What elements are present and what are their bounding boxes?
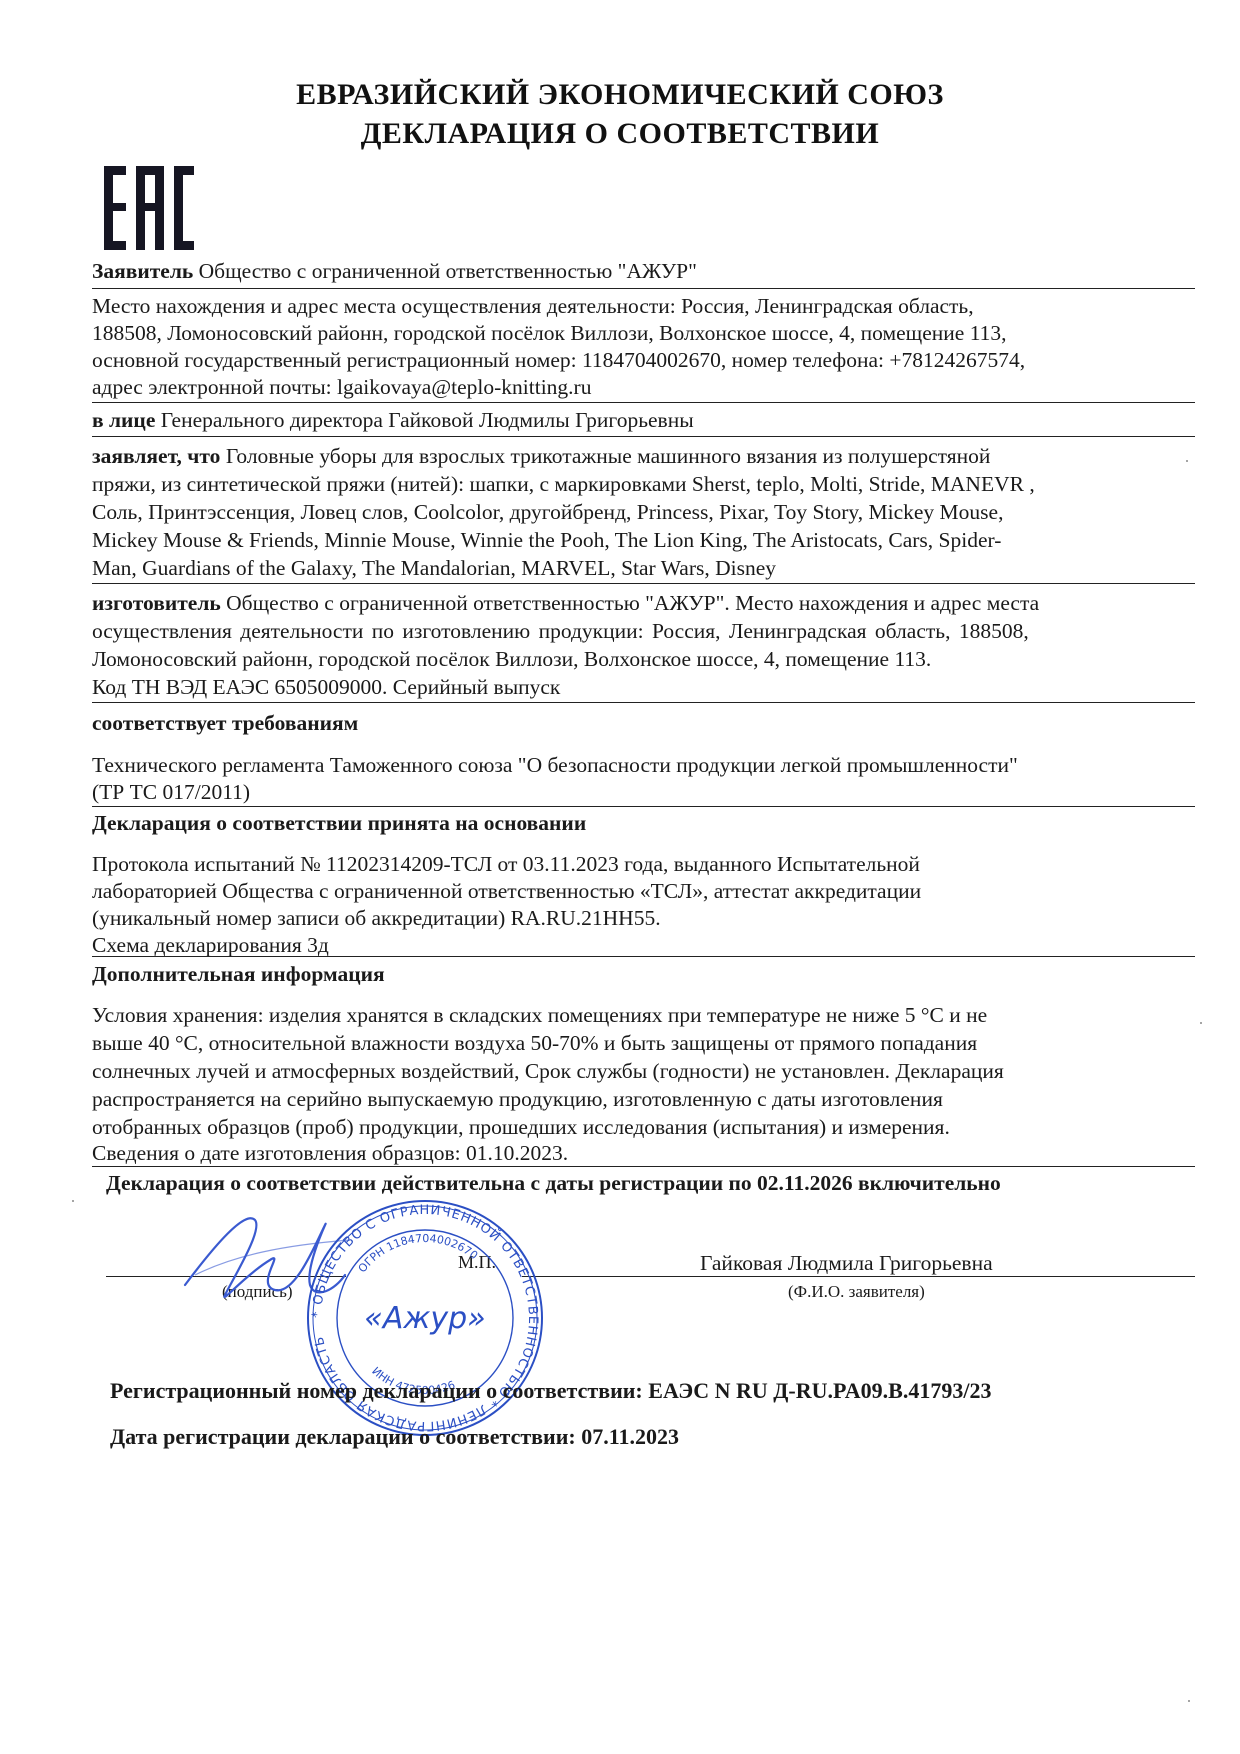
basis-line-2: лабораторией Общества с ограниченной отв… xyxy=(92,878,921,904)
manufacturer-line-2: осуществления деятельности по изготовлен… xyxy=(92,618,1029,644)
divider xyxy=(92,288,1195,289)
manufacturer-row: изготовитель Общество с ограниченной отв… xyxy=(92,590,1039,616)
stamp-center-name: «Ажур» xyxy=(364,1301,485,1336)
additional-line-5: отобранных образцов (проб) продукции, пр… xyxy=(92,1114,950,1140)
additional-heading: Дополнительная информация xyxy=(92,961,385,987)
applicant-label: Заявитель xyxy=(92,259,193,283)
representative-label: в лице xyxy=(92,408,155,432)
manufacturer-line-3: Ломоносовский районн, городской посёлок … xyxy=(92,646,931,672)
registration-date-label: Дата регистрации декларации о соответств… xyxy=(110,1424,576,1449)
sample-date: Сведения о дате изготовления образцов: 0… xyxy=(92,1140,568,1166)
additional-line-4: распространяется на серийно выпускаемую … xyxy=(92,1086,943,1112)
basis-heading: Декларация о соответствии принята на осн… xyxy=(92,810,586,836)
basis-line-1: Протокола испытаний № 11202314209-ТСЛ от… xyxy=(92,851,920,877)
address-line-4: адрес электронной почты: lgaikovaya@tepl… xyxy=(92,374,591,400)
registration-date-row: Дата регистрации декларации о соответств… xyxy=(110,1424,679,1450)
additional-line-3: солнечных лучей и атмосферных воздействи… xyxy=(92,1058,1004,1084)
requirements-line-2: (ТР ТС 017/2011) xyxy=(92,779,250,805)
declaration-scheme: Схема декларирования 3д xyxy=(92,932,329,958)
registration-number-value: ЕАЭС N RU Д-RU.PA09.B.41793/23 xyxy=(648,1378,991,1403)
tnved-code: Код ТН ВЭД ЕАЭС 6505009000. Серийный вып… xyxy=(92,674,560,700)
manufacturer-first-line: Общество с ограниченной ответственностью… xyxy=(226,591,1039,615)
additional-line-1: Условия хранения: изделия хранятся в скл… xyxy=(92,1002,987,1028)
divider xyxy=(92,806,1195,807)
divider xyxy=(92,1166,1195,1167)
divider xyxy=(92,402,1195,403)
additional-line-2: выше 40 °С, относительной влажности возд… xyxy=(92,1030,977,1056)
manufacturer-label: изготовитель xyxy=(92,591,221,615)
divider xyxy=(92,702,1195,703)
divider xyxy=(92,956,1195,957)
declares-label: заявляет, что xyxy=(92,444,220,468)
validity-statement: Декларация о соответствии действительна … xyxy=(106,1170,1001,1196)
declares-line-2: пряжи, из синтетической пряжи (нитей): ш… xyxy=(92,471,1035,497)
divider xyxy=(92,436,1195,437)
requirements-line-1: Технического регламента Таможенного союз… xyxy=(92,752,1018,778)
document-title-line1: ЕВРАЗИЙСКИЙ ЭКОНОМИЧЕСКИЙ СОЮЗ xyxy=(0,78,1240,112)
name-line xyxy=(522,1276,1195,1277)
document-title-line2: ДЕКЛАРАЦИЯ О СООТВЕТСТВИИ xyxy=(0,117,1240,151)
eac-logo-icon xyxy=(104,166,194,250)
representative-value: Генерального директора Гайковой Людмилы … xyxy=(161,408,694,432)
registration-number-row: Регистрационный номер декларации о соотв… xyxy=(110,1378,991,1404)
applicant-name: Гайковая Людмила Григорьевна xyxy=(700,1250,993,1276)
declares-row: заявляет, что Головные уборы для взрослы… xyxy=(92,443,990,469)
divider xyxy=(92,583,1195,584)
address-line-1: Место нахождения и адрес места осуществл… xyxy=(92,293,974,319)
scan-speck xyxy=(1188,1700,1190,1702)
representative-row: в лице Генерального директора Гайковой Л… xyxy=(92,407,694,433)
basis-line-3: (уникальный номер записи об аккредитации… xyxy=(92,905,661,931)
applicant-row: Заявитель Общество с ограниченной ответс… xyxy=(92,258,697,284)
applicant-value: Общество с ограниченной ответственностью… xyxy=(199,259,697,283)
scan-speck xyxy=(72,1200,74,1202)
registration-date-value: 07.11.2023 xyxy=(581,1424,679,1449)
declares-line-3: Соль, Принтэссенция, Ловец слов, Coolcol… xyxy=(92,499,1003,525)
requirements-heading: соответствует требованиям xyxy=(92,710,358,736)
declares-first-line: Головные уборы для взрослых трикотажные … xyxy=(226,444,991,468)
declares-line-4: Mickey Mouse & Friends, Minnie Mouse, Wi… xyxy=(92,527,1001,553)
registration-number-label: Регистрационный номер декларации о соотв… xyxy=(110,1378,643,1403)
name-caption: (Ф.И.О. заявителя) xyxy=(788,1282,925,1302)
scan-speck xyxy=(1186,460,1188,462)
scan-speck xyxy=(1200,1022,1202,1024)
address-line-3: основной государственный регистрационный… xyxy=(92,347,1025,373)
address-line-2: 188508, Ломоносовский районн, городской … xyxy=(92,320,1007,346)
declares-line-5: Man, Guardians of the Galaxy, The Mandal… xyxy=(92,555,776,581)
